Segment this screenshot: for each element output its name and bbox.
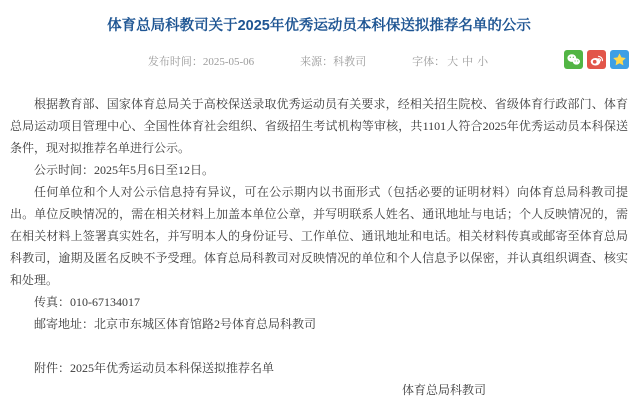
article-body: 根据教育部、国家体育总局关于高校保送录取优秀运动员有关要求，经相关招生院校、省级…: [0, 93, 638, 401]
announcement-page: 体育总局科教司关于2025年优秀运动员本科保送拟推荐名单的公示 发布时间：202…: [0, 0, 638, 405]
paragraph-mail-address: 邮寄地址：北京市东城区体育馆路2号体育总局科教司: [10, 313, 628, 335]
wechat-share-icon[interactable]: [564, 50, 583, 69]
paragraph-intro: 根据教育部、国家体育总局关于高校保送录取优秀运动员有关要求，经相关招生院校、省级…: [10, 93, 628, 159]
signature: 体育总局科教司: [10, 379, 628, 401]
meta-row: 发布时间：2025-05-06 来源：科教司 字体：大中小: [0, 49, 638, 69]
font-size-small[interactable]: 小: [477, 56, 488, 68]
font-size-switcher: 字体：大中小: [412, 53, 490, 69]
page-title: 体育总局科教司关于2025年优秀运动员本科保送拟推荐名单的公示: [0, 0, 638, 36]
paragraph-public-period: 公示时间：2025年5月6日至12日。: [10, 159, 628, 181]
meta-text-group: 发布时间：2025-05-06 来源：科教司 字体：大中小: [0, 49, 638, 69]
font-size-medium[interactable]: 中: [462, 56, 473, 68]
paragraph-objection: 任何单位和个人对公示信息持有异议，可在公示期内以书面形式（包括必要的证明材料）向…: [10, 181, 628, 291]
font-size-large[interactable]: 大: [447, 56, 458, 68]
paragraph-fax: 传真：010-67134017: [10, 291, 628, 313]
source-value: 科教司: [333, 56, 366, 68]
publish-time-label: 发布时间：: [148, 56, 203, 68]
share-buttons: [564, 50, 629, 69]
font-size-label: 字体：: [412, 56, 445, 68]
source: 来源：科教司: [300, 53, 366, 69]
publish-time: 发布时间：2025-05-06: [148, 53, 254, 69]
weibo-share-icon[interactable]: [587, 50, 606, 69]
source-label: 来源：: [300, 56, 333, 68]
attachment-line: 附件：2025年优秀运动员本科保送拟推荐名单: [10, 357, 628, 379]
qzone-share-icon[interactable]: [610, 50, 629, 69]
publish-time-value: 2025-05-06: [203, 56, 254, 68]
